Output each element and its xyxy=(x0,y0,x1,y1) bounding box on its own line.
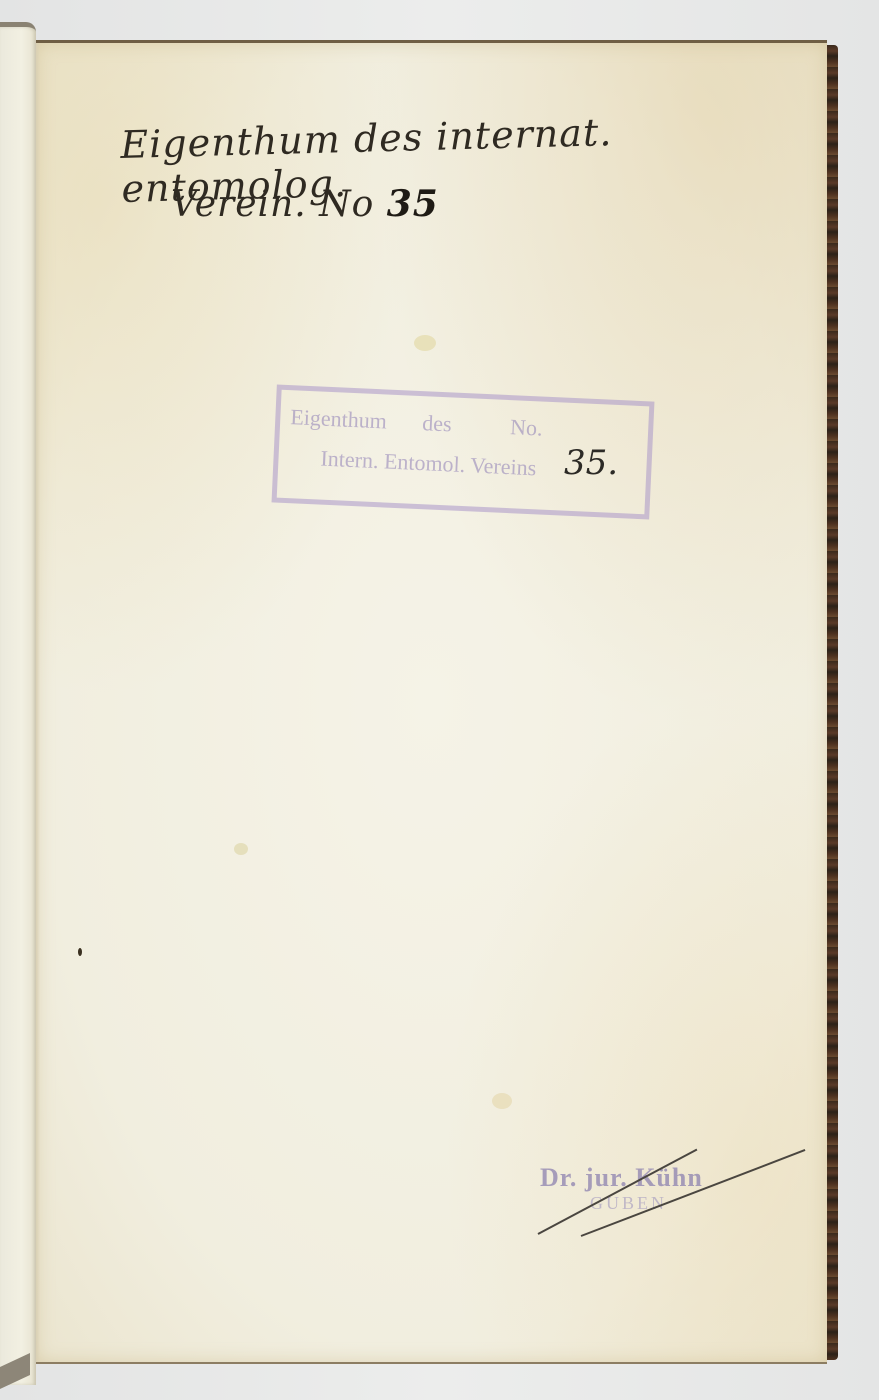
stamp-word-no: No. xyxy=(510,414,544,441)
stamp-handwritten-number: 35. xyxy=(564,443,618,483)
stamp-line1: Eigenthum des No. xyxy=(290,404,452,437)
ink-speck xyxy=(78,948,82,956)
foxing-spot xyxy=(234,843,248,855)
book-page: Eigenthum des internat. entomolog. Verei… xyxy=(36,40,827,1364)
stamp-word-des: des xyxy=(422,410,452,436)
page-gutter xyxy=(36,43,40,1362)
inscription-number: 35 xyxy=(387,183,439,225)
foxing-spot xyxy=(492,1093,512,1109)
inscription-prefix: Verein. No xyxy=(171,184,374,225)
foxing-spot xyxy=(414,335,436,351)
handwritten-inscription-line2: Verein. No 35 xyxy=(171,183,439,225)
stamp-word-eigenthum: Eigenthum xyxy=(290,404,388,433)
left-flyleaf xyxy=(0,22,36,1385)
stamp-line2: Intern. Entomol. Vereins xyxy=(320,446,537,482)
